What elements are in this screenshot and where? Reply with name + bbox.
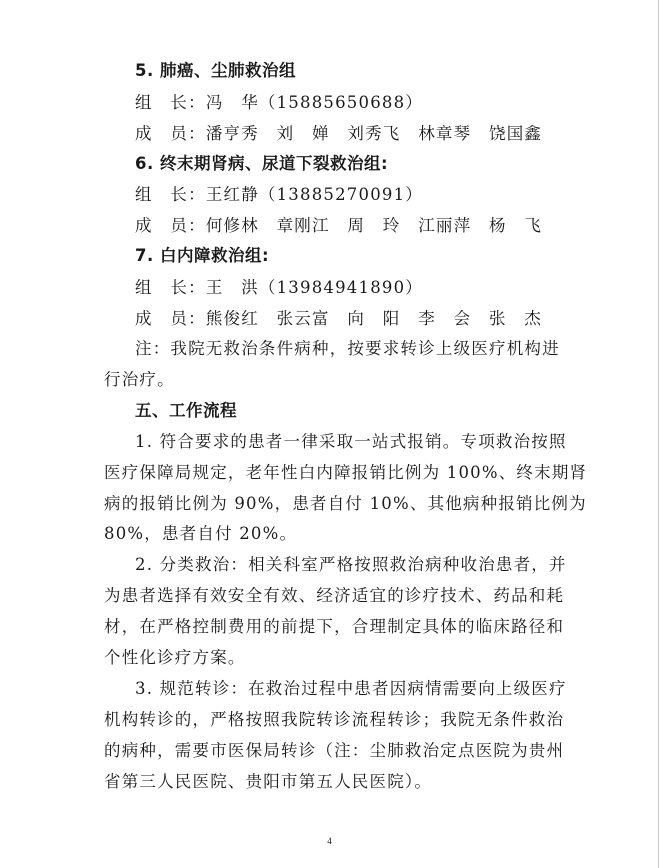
paragraph-line: 材，在严格控制费用的前提下，合理制定具体的临床路径和 (104, 616, 555, 638)
members-label: 成 员： (135, 309, 206, 328)
members-label: 成 员： (135, 216, 206, 235)
section-heading: 五、工作流程 (135, 400, 237, 422)
paragraph-line: 2. 分类救治：相关科室严格按照救治病种收治患者，并 (135, 554, 555, 576)
group-leader: 组 长：冯 华（15885650688） (135, 92, 423, 114)
paragraph-line: 省第三人民医院、贵阳市第五人民医院）。 (104, 771, 432, 793)
group-heading: 7. 白内障救治组: (135, 245, 269, 267)
page-number: 4 (0, 836, 659, 846)
paragraph-line: 的病种，需要市医保局转诊（注：尘肺救治定点医院为贵州 (104, 740, 555, 762)
note-line: 行治疗。 (104, 369, 175, 391)
paragraph-line: 医疗保障局规定，老年性白内障报销比例为 100%、终末期肾 (104, 462, 555, 484)
leader-value: 冯 华（15885650688） (206, 93, 423, 112)
leader-label: 组 长： (135, 93, 206, 112)
members-value: 熊俊红 张云富 向 阳 李 会 张 杰 (206, 309, 542, 328)
document-page: 5. 肺癌、尘肺救治组 组 长：冯 华（15885650688） 成 员：潘亨秀… (0, 0, 659, 868)
members-value: 潘亨秀 刘 婵 刘秀飞 林章琴 饶国鑫 (206, 124, 542, 143)
leader-value: 王 洪（13984941890） (206, 278, 423, 297)
group-leader: 组 长：王红静（13885270091） (135, 184, 423, 206)
paragraph-line: 3. 规范转诊：在救治过程中患者因病情需要向上级医疗 (135, 678, 555, 700)
group-heading: 5. 肺癌、尘肺救治组 (135, 60, 296, 82)
group-members: 成 员：何修林 章刚江 周 玲 江丽萍 杨 飞 (135, 215, 542, 237)
paragraph-line: 病的报销比例为 90%，患者自付 10%、其他病种报销比例为 (104, 493, 555, 515)
paragraph-line: 个性化诊疗方案。 (104, 647, 246, 669)
paragraph-line: 80%，患者自付 20%。 (104, 523, 297, 545)
paragraph-line: 为患者选择有效安全有效、经济适宜的诊疗技术、药品和耗 (104, 585, 555, 607)
group-heading: 6. 终末期肾病、尿道下裂救治组: (135, 153, 388, 175)
members-label: 成 员： (135, 124, 206, 143)
group-members: 成 员：潘亨秀 刘 婵 刘秀飞 林章琴 饶国鑫 (135, 123, 542, 145)
leader-label: 组 长： (135, 185, 206, 204)
members-value: 何修林 章刚江 周 玲 江丽萍 杨 飞 (206, 216, 542, 235)
paragraph-line: 机构转诊的，严格按照我院转诊流程转诊；我院无条件救治 (104, 709, 555, 731)
group-members: 成 员：熊俊红 张云富 向 阳 李 会 张 杰 (135, 308, 542, 330)
note-line: 注：我院无救治条件病种，按要求转诊上级医疗机构进 (135, 338, 555, 360)
paragraph-line: 1. 符合要求的患者一律采取一站式报销。专项救治按照 (135, 431, 555, 453)
leader-value: 王红静（13885270091） (206, 185, 423, 204)
leader-label: 组 长： (135, 278, 206, 297)
group-leader: 组 长：王 洪（13984941890） (135, 277, 423, 299)
